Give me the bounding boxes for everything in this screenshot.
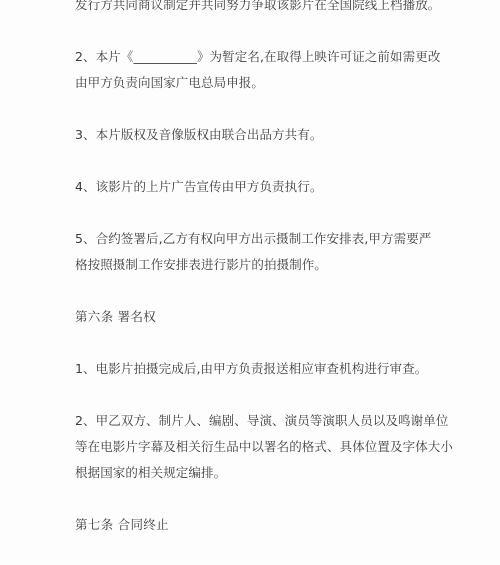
text-line: 根据国家的相关规定编排。 <box>75 460 450 486</box>
clause-2-working-title: 2、本片《__________》为暂定名,在取得上映许可证之前如需更改 由甲方负… <box>75 44 450 96</box>
text-line: 5、合约签署后,乙方有权向甲方出示摄制工作安排表,甲方需要严 <box>75 226 450 252</box>
clause-distribution: 发行方共同商议制定并共同努力争取该影片在全国院线上档播放。 <box>75 0 450 18</box>
text-line: 发行方共同商议制定并共同努力争取该影片在全国院线上档播放。 <box>75 0 450 18</box>
heading-text: 第七条 合同终止 <box>75 512 450 538</box>
clause-6-1-review: 1、电影片拍摄完成后,由甲方负责报送相应审查机构进行审查。 <box>75 356 450 382</box>
text-line: 格按照摄制工作安排表进行影片的拍摄制作。 <box>75 252 450 278</box>
section-heading-article-6: 第六条 署名权 <box>75 304 450 330</box>
clause-5-schedule: 5、合约签署后,乙方有权向甲方出示摄制工作安排表,甲方需要严 格按照摄制工作安排… <box>75 226 450 278</box>
text-line: 等在电影片字幕及相关衍生品中以署名的格式、具体位置及字体大小 <box>75 434 450 460</box>
text-line: 2、本片《__________》为暂定名,在取得上映许可证之前如需更改 <box>75 44 450 70</box>
clause-4-advertising: 4、该影片的上片广告宣传由甲方负责执行。 <box>75 174 450 200</box>
text-line: 3、本片版权及音像版权由联合出品方共有。 <box>75 122 450 148</box>
text-line: 1、电影片拍摄完成后,由甲方负责报送相应审查机构进行审查。 <box>75 356 450 382</box>
contract-page: 发行方共同商议制定并共同努力争取该影片在全国院线上档播放。 2、本片《_____… <box>75 0 450 564</box>
text-line: 由甲方负责向国家广电总局申报。 <box>75 70 450 96</box>
clause-3-copyright: 3、本片版权及音像版权由联合出品方共有。 <box>75 122 450 148</box>
heading-text: 第六条 署名权 <box>75 304 450 330</box>
text-line: 4、该影片的上片广告宣传由甲方负责执行。 <box>75 174 450 200</box>
clause-6-2-credits: 2、甲乙双方、制片人、编剧、导演、演员等演职人员以及鸣谢单位 等在电影片字幕及相… <box>75 408 450 486</box>
section-heading-article-7: 第七条 合同终止 <box>75 512 450 538</box>
text-line: 2、甲乙双方、制片人、编剧、导演、演员等演职人员以及鸣谢单位 <box>75 408 450 434</box>
